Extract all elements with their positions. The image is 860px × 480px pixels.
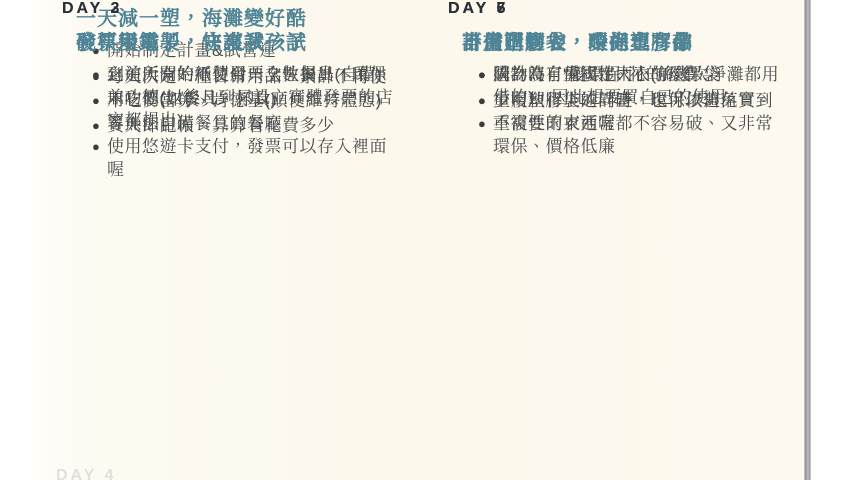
day-section-7: DAY 7 計畫已過七，環保真有你 ●統計為了"變環保"花的經費 ●重複執行上述… [448, 0, 814, 115]
bullet-text: 之前所有的紙製發票全數捐出，環保兼功德(以後凡到只設立實體發票的店家都捐出) [107, 63, 397, 132]
bullet-dot-icon: ● [92, 63, 107, 86]
day-3-bullets: ●之前所有的紙製發票全數捐出，環保兼功德(以後凡到只設立實體發票的店家都捐出) … [92, 63, 397, 181]
list-item: ●重複執行上述計畫，環保依舊落實。 [478, 89, 783, 112]
list-item: ●統計為了"變環保"花的經費 [478, 63, 783, 86]
list-item: ●之前所有的紙製發票全數捐出，環保兼功德(以後凡到只設立實體發票的店家都捐出) [92, 63, 397, 132]
day-3-heading: 發票用電子，守護我孩子 [76, 26, 432, 55]
bullet-dot-icon: ● [478, 112, 493, 135]
bullet-text: 重複性雨衣通常都不容易破、又非常環保、價格低廉 [493, 112, 783, 158]
bullet-dot-icon: ● [92, 135, 107, 158]
bullet-dot-icon: ● [478, 63, 493, 86]
day-4-label-cutoff: DAY 4 [56, 467, 116, 480]
bullet-dot-icon: ● [478, 89, 493, 112]
bullet-text: 統計為了"變環保"花的經費 [493, 63, 783, 86]
bullet-text: 重複執行上述計畫，環保依舊落實。 [493, 89, 783, 112]
list-item: ●重複性雨衣通常都不容易破、又非常環保、價格低廉 [478, 112, 783, 158]
list-item: ●使用悠遊卡支付，發票可以存入裡面喔 [92, 135, 397, 181]
day-7-bullets: ●統計為了"變環保"花的經費 ●重複執行上述計畫，環保依舊落實。 [478, 63, 783, 112]
document-page: 一天減一塑，海灘變好酷 ●開始制定計畫&試營運 ●每天決定一種日常用品，累計不再… [0, 0, 860, 480]
day-3-label: DAY 3 [62, 0, 432, 18]
page-content: 一天減一塑，海灘變好酷 ●開始制定計畫&試營運 ●每天決定一種日常用品，累計不再… [0, 0, 860, 480]
day-section-3: DAY 3 發票用電子，守護我孩子 ●之前所有的紙製發票全數捐出，環保兼功德(以… [62, 0, 432, 184]
bullet-text: 使用悠遊卡支付，發票可以存入裡面喔 [107, 135, 397, 181]
day-7-heading: 計畫已過七，環保真有你 [462, 26, 814, 55]
day-7-label: DAY 7 [448, 0, 814, 18]
